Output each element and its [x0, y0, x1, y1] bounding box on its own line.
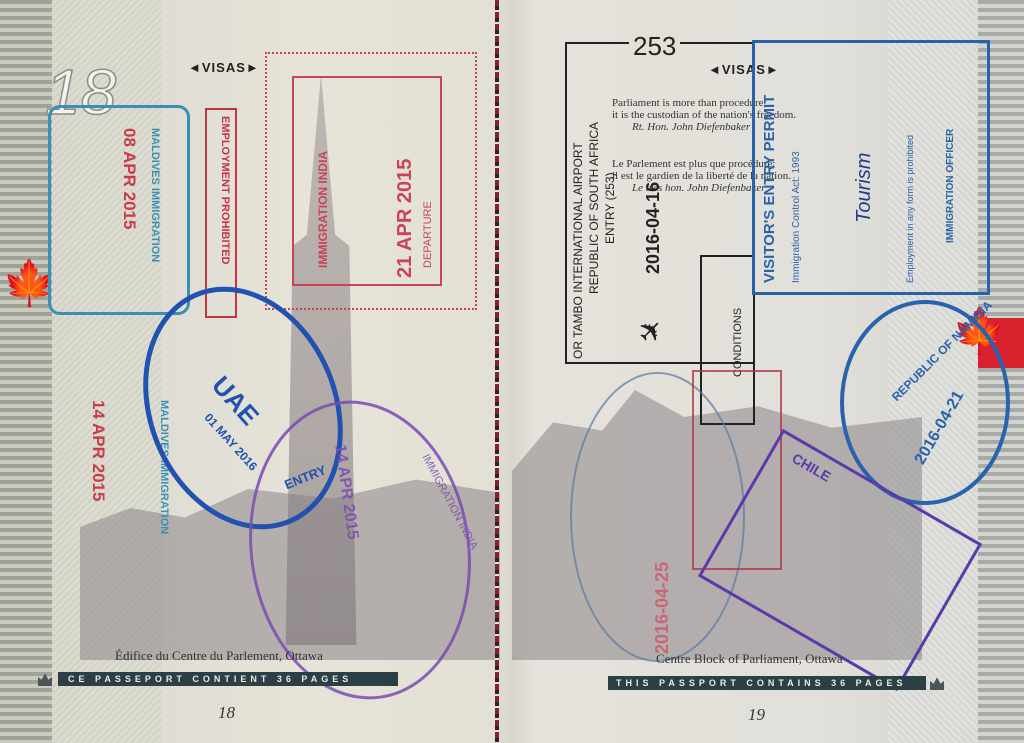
passport-spread: 18 ◄VISAS► ◄VISAS► 🍁 🍁 Parliament is mor…	[0, 0, 1024, 743]
visas-label-left: ◄VISAS►	[188, 60, 260, 75]
stamp-namibia-entry: 2016-04-21 REPUBLIC OF NAMIBIA	[840, 300, 1010, 505]
stamp-india-departure-inner: IMMIGRATION INDIA 21 APR 2015 DEPARTURE	[292, 76, 442, 286]
stamp-text: CHILE	[789, 450, 833, 485]
handwritten-note: Tourism	[853, 153, 876, 223]
caption-right: Centre Block of Parliament, Ottawa	[656, 651, 843, 667]
stamp-date: 21 APR 2015	[394, 159, 417, 278]
stamp-text: REPUBLIC OF NAMIBIA	[889, 298, 995, 404]
stamp-text: DEPARTURE	[422, 201, 434, 268]
stamp-text: CONDITIONS	[732, 308, 744, 377]
stamp-date: 2016-04-25	[652, 562, 673, 654]
stamp-text: Immigration Control Act: 1993	[791, 151, 802, 283]
page-number-right: 19	[748, 705, 765, 725]
stamp-text: MALDIVES IMMIGRATION	[149, 128, 161, 262]
banner-right: THIS PASSPORT CONTAINS 36 PAGES	[608, 676, 926, 690]
stamp-date: 08 APR 2015	[119, 128, 139, 229]
stamp-text: VISITOR'S ENTRY PERMIT	[761, 95, 778, 283]
stamp-text: IMMIGRATION OFFICER	[945, 129, 956, 243]
stamp-text: ENTRY (253)	[603, 172, 617, 244]
stamp-date: 14 APR 2015	[88, 400, 108, 501]
banner-left: CE PASSEPORT CONTIENT 36 PAGES	[58, 672, 398, 686]
airplane-icon: ✈	[630, 310, 673, 353]
stamp-text: IMMIGRATION INDIA	[316, 151, 330, 268]
stamp-text: EMPLOYMENT PROHIBITED	[219, 116, 231, 265]
stamp-text: Employment in any form is prohibited	[905, 135, 915, 283]
stamp-date: 2016-04-21	[912, 388, 969, 468]
stamp-date: 14 APR 2015	[330, 444, 361, 541]
page-number-left: 18	[218, 703, 235, 723]
caption-left: Édifice du Centre du Parlement, Ottawa	[115, 648, 323, 664]
binding-thread	[495, 0, 499, 743]
stamp-number: 253	[629, 31, 680, 62]
stamp-visitors-entry-permit: VISITOR'S ENTRY PERMIT Immigration Contr…	[752, 40, 990, 295]
stamp-date: 2016-04-16	[643, 182, 664, 274]
stamp-maldives: MALDIVES IMMIGRATION 08 APR 2015	[48, 105, 190, 315]
stamp-text: OR TAMBO INTERNATIONAL AIRPORT	[571, 142, 585, 359]
stamp-text: REPUBLIC OF SOUTH AFRICA	[587, 122, 601, 294]
